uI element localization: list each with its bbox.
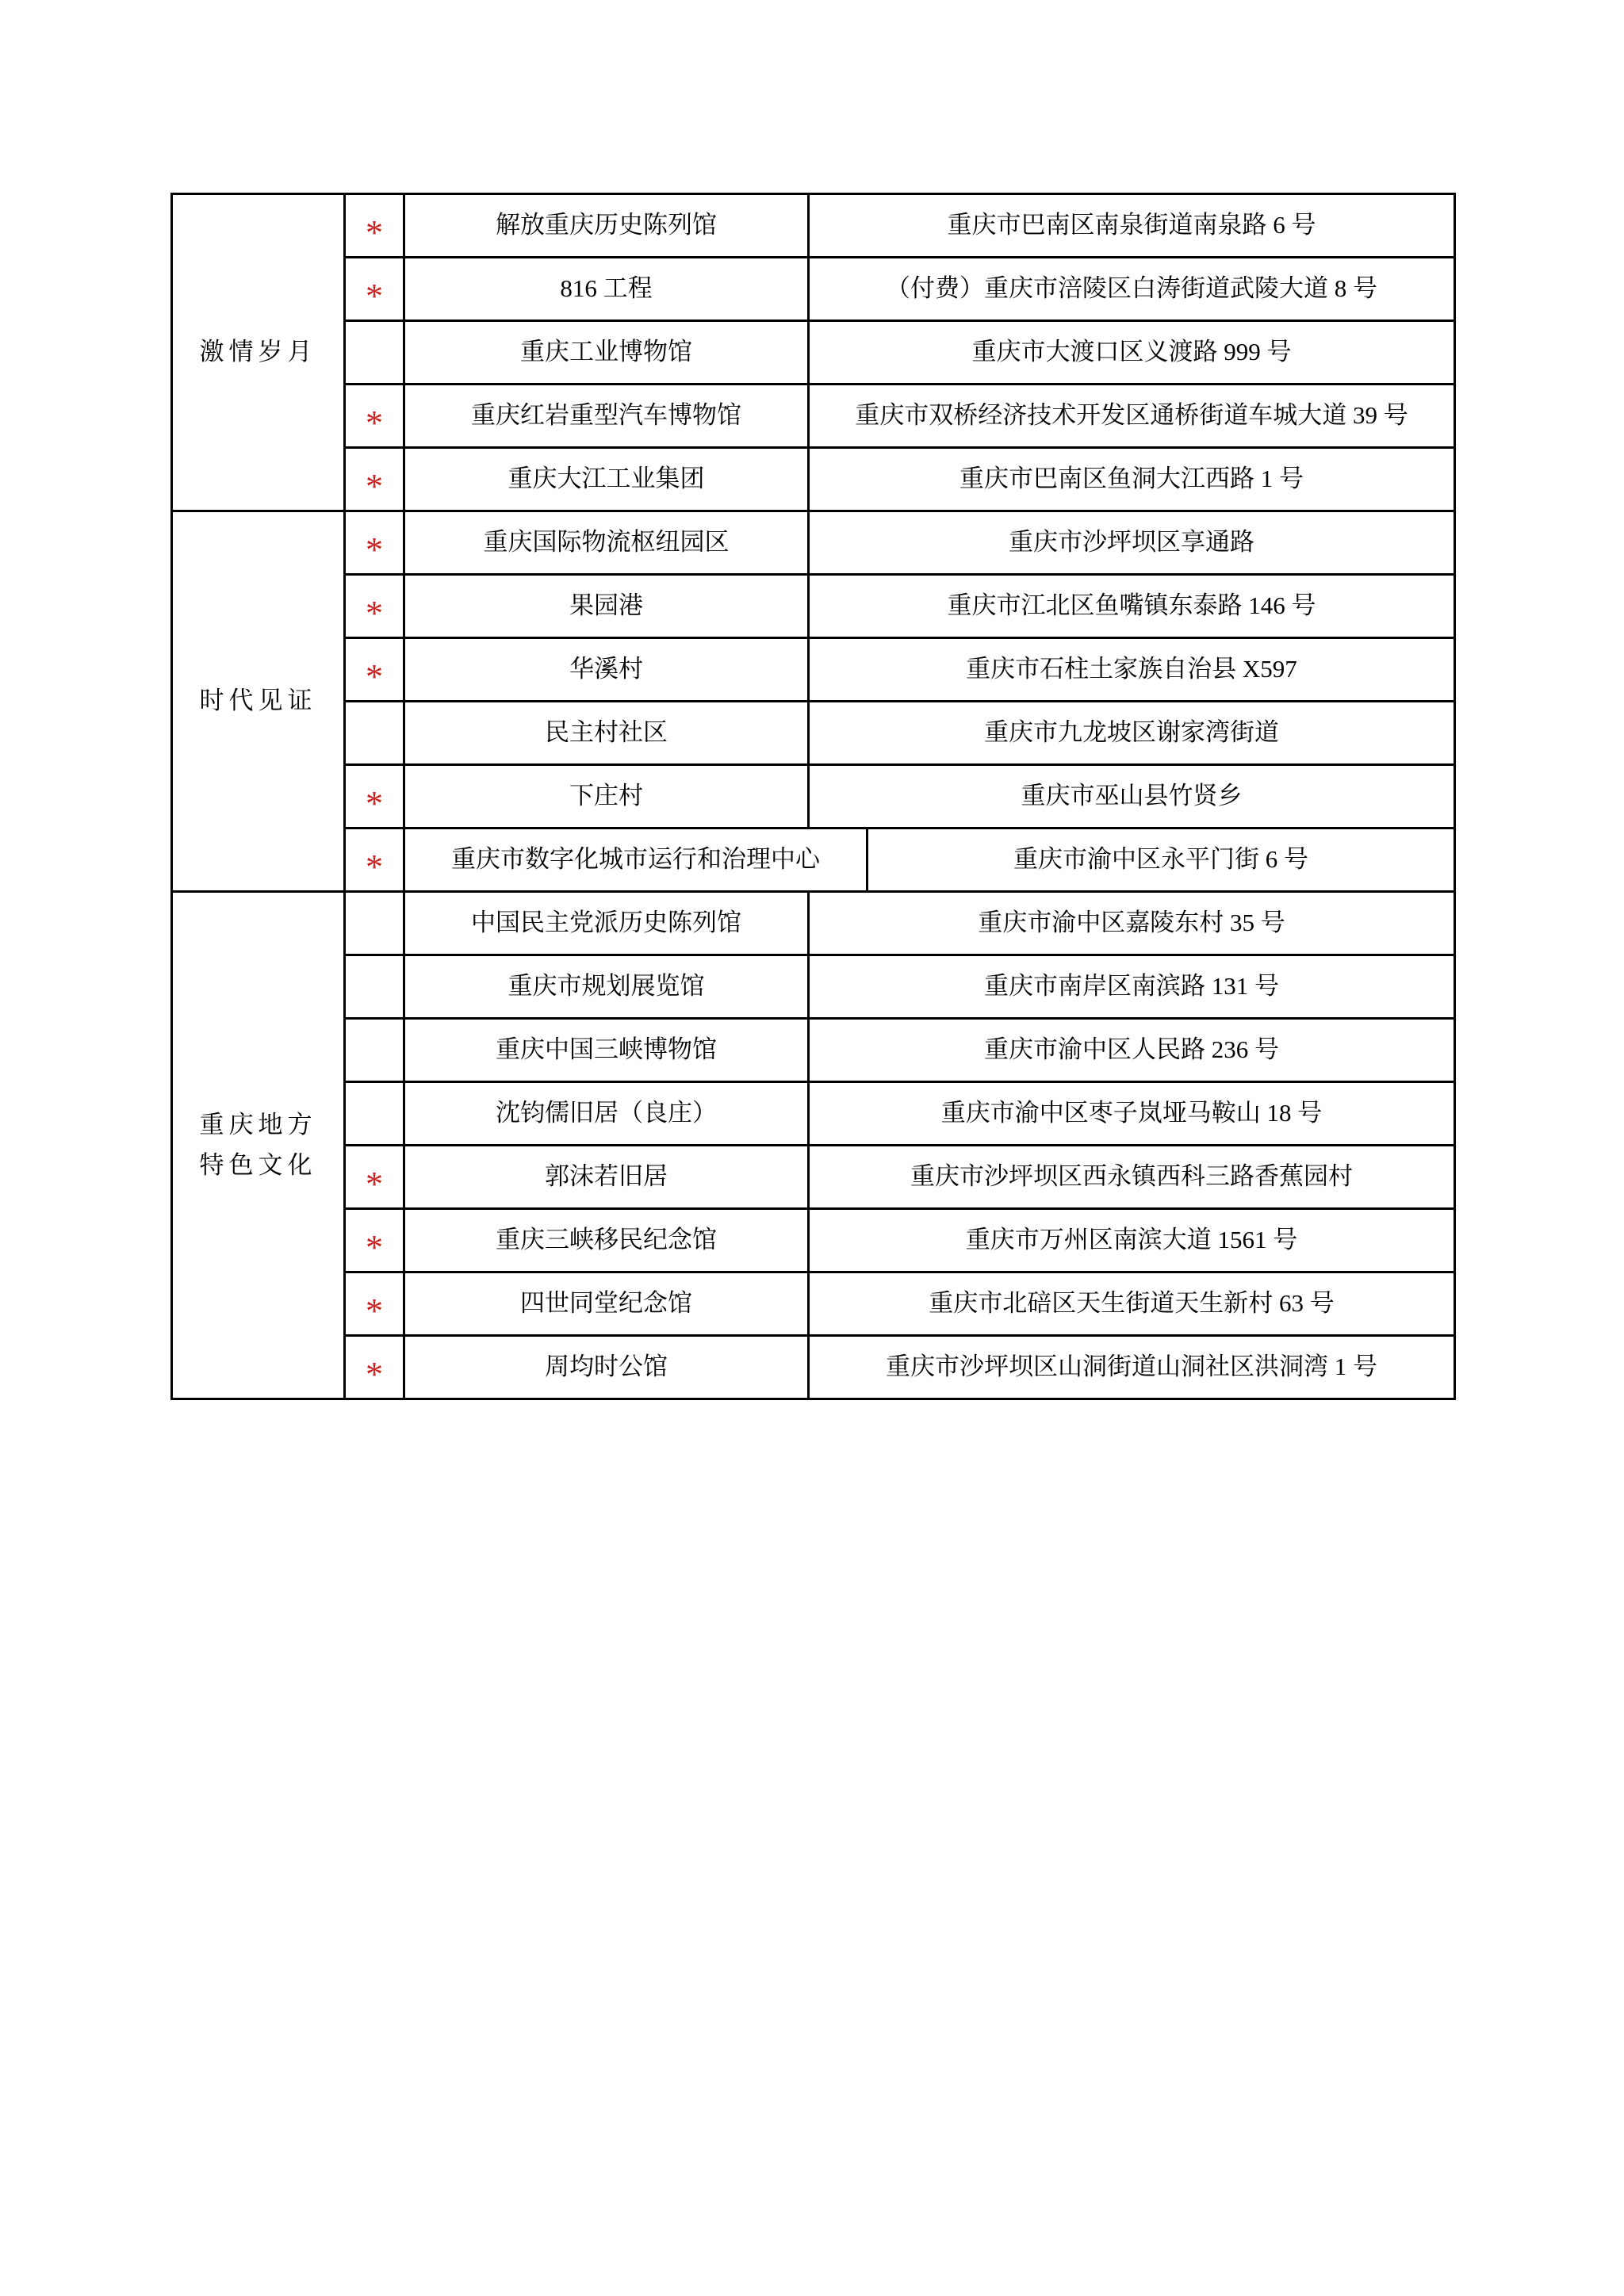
- table-row: 重庆中国三峡博物馆 重庆市渝中区人民路 236 号: [172, 1019, 1455, 1082]
- table-row: * 816 工程 （付费）重庆市涪陵区白涛街道武陵大道 8 号: [172, 258, 1455, 321]
- table-row: 重庆地方 特色文化 中国民主党派历史陈列馆 重庆市渝中区嘉陵东村 35 号: [172, 892, 1455, 955]
- site-address: 重庆市九龙坡区谢家湾街道: [809, 702, 1455, 765]
- category-cell: 重庆地方 特色文化: [172, 892, 345, 1399]
- asterisk-marker: *: [366, 533, 383, 568]
- asterisk-marker: *: [366, 406, 383, 441]
- table-row: 时代见证 * 重庆国际物流枢纽园区 重庆市沙坪坝区享通路: [172, 511, 1455, 575]
- table-row: 民主村社区 重庆市九龙坡区谢家湾街道: [172, 702, 1455, 765]
- table-row: * 果园港 重庆市江北区鱼嘴镇东泰路 146 号: [172, 575, 1455, 638]
- star-cell: *: [345, 194, 404, 258]
- site-address: 重庆市沙坪坝区享通路: [809, 511, 1455, 575]
- star-cell: *: [345, 765, 404, 828]
- star-cell: *: [345, 828, 404, 892]
- site-name: 重庆市数字化城市运行和治理中心: [404, 828, 868, 892]
- site-name: 重庆红岩重型汽车博物馆: [404, 385, 809, 448]
- star-cell: [345, 1082, 404, 1146]
- site-address: 重庆市江北区鱼嘴镇东泰路 146 号: [809, 575, 1455, 638]
- site-name: 周均时公馆: [404, 1336, 809, 1399]
- table-row: * 重庆红岩重型汽车博物馆 重庆市双桥经济技术开发区通桥街道车城大道 39 号: [172, 385, 1455, 448]
- star-cell: *: [345, 258, 404, 321]
- star-cell: *: [345, 448, 404, 511]
- site-address: 重庆市双桥经济技术开发区通桥街道车城大道 39 号: [809, 385, 1455, 448]
- star-cell: *: [345, 575, 404, 638]
- site-name: 沈钧儒旧居（良庄）: [404, 1082, 809, 1146]
- site-address: （付费）重庆市涪陵区白涛街道武陵大道 8 号: [809, 258, 1455, 321]
- site-address: 重庆市巴南区南泉街道南泉路 6 号: [809, 194, 1455, 258]
- table-row: 重庆工业博物馆 重庆市大渡口区义渡路 999 号: [172, 321, 1455, 385]
- asterisk-marker: *: [366, 596, 383, 631]
- asterisk-marker: *: [366, 850, 383, 885]
- site-name: 816 工程: [404, 258, 809, 321]
- site-name: 郭沫若旧居: [404, 1146, 809, 1209]
- table-row: 沈钧儒旧居（良庄） 重庆市渝中区枣子岚垭马鞍山 18 号: [172, 1082, 1455, 1146]
- site-name: 重庆大江工业集团: [404, 448, 809, 511]
- site-name: 民主村社区: [404, 702, 809, 765]
- star-cell: *: [345, 511, 404, 575]
- category-cell: 时代见证: [172, 511, 345, 892]
- site-name: 重庆工业博物馆: [404, 321, 809, 385]
- star-cell: [345, 321, 404, 385]
- table-row: * 重庆三峡移民纪念馆 重庆市万州区南滨大道 1561 号: [172, 1209, 1455, 1272]
- site-name: 四世同堂纪念馆: [404, 1272, 809, 1336]
- category-label: 时代见证: [178, 686, 339, 717]
- poi-table: 激情岁月 * 解放重庆历史陈列馆 重庆市巴南区南泉街道南泉路 6 号 * 816…: [170, 193, 1456, 1400]
- site-address: 重庆市渝中区嘉陵东村 35 号: [809, 892, 1455, 955]
- table-row: * 华溪村 重庆市石柱土家族自治县 X597: [172, 638, 1455, 702]
- site-address: 重庆市渝中区枣子岚垭马鞍山 18 号: [809, 1082, 1455, 1146]
- asterisk-marker: *: [366, 660, 383, 695]
- star-cell: *: [345, 1209, 404, 1272]
- category-label: 重庆地方: [178, 1110, 339, 1141]
- star-cell: *: [345, 1336, 404, 1399]
- star-cell: [345, 892, 404, 955]
- site-name: 中国民主党派历史陈列馆: [404, 892, 809, 955]
- site-address: 重庆市渝中区人民路 236 号: [809, 1019, 1455, 1082]
- table-row: * 郭沫若旧居 重庆市沙坪坝区西永镇西科三路香蕉园村: [172, 1146, 1455, 1209]
- asterisk-marker: *: [366, 1294, 383, 1329]
- document-page: 激情岁月 * 解放重庆历史陈列馆 重庆市巴南区南泉街道南泉路 6 号 * 816…: [0, 0, 1624, 2296]
- site-address: 重庆市巴南区鱼洞大江西路 1 号: [809, 448, 1455, 511]
- table-row: * 四世同堂纪念馆 重庆市北碚区天生街道天生新村 63 号: [172, 1272, 1455, 1336]
- asterisk-marker: *: [366, 216, 383, 251]
- category-cell: 激情岁月: [172, 194, 345, 511]
- site-address: 重庆市巫山县竹贤乡: [809, 765, 1455, 828]
- star-cell: *: [345, 1272, 404, 1336]
- star-cell: [345, 702, 404, 765]
- table-row: * 重庆市数字化城市运行和治理中心 重庆市渝中区永平门街 6 号: [172, 828, 1455, 892]
- site-name: 重庆三峡移民纪念馆: [404, 1209, 809, 1272]
- asterisk-marker: *: [366, 279, 383, 314]
- star-cell: *: [345, 1146, 404, 1209]
- star-cell: *: [345, 638, 404, 702]
- site-address: 重庆市沙坪坝区山洞街道山洞社区洪洞湾 1 号: [809, 1336, 1455, 1399]
- site-address: 重庆市石柱土家族自治县 X597: [809, 638, 1455, 702]
- site-address: 重庆市北碚区天生街道天生新村 63 号: [809, 1272, 1455, 1336]
- star-cell: [345, 1019, 404, 1082]
- site-name: 重庆市规划展览馆: [404, 955, 809, 1019]
- asterisk-marker: *: [366, 1357, 383, 1392]
- asterisk-marker: *: [366, 786, 383, 821]
- site-address: 重庆市大渡口区义渡路 999 号: [809, 321, 1455, 385]
- site-address: 重庆市沙坪坝区西永镇西科三路香蕉园村: [809, 1146, 1455, 1209]
- site-name: 下庄村: [404, 765, 809, 828]
- star-cell: [345, 955, 404, 1019]
- category-label: 特色文化: [178, 1150, 339, 1181]
- table-row: * 重庆大江工业集团 重庆市巴南区鱼洞大江西路 1 号: [172, 448, 1455, 511]
- site-name: 华溪村: [404, 638, 809, 702]
- table-row: 重庆市规划展览馆 重庆市南岸区南滨路 131 号: [172, 955, 1455, 1019]
- asterisk-marker: *: [366, 1167, 383, 1202]
- site-name: 果园港: [404, 575, 809, 638]
- site-address: 重庆市南岸区南滨路 131 号: [809, 955, 1455, 1019]
- site-name: 重庆国际物流枢纽园区: [404, 511, 809, 575]
- category-label: 激情岁月: [178, 337, 339, 368]
- asterisk-marker: *: [366, 1230, 383, 1265]
- site-address: 重庆市万州区南滨大道 1561 号: [809, 1209, 1455, 1272]
- star-cell: *: [345, 385, 404, 448]
- table-row: * 周均时公馆 重庆市沙坪坝区山洞街道山洞社区洪洞湾 1 号: [172, 1336, 1455, 1399]
- site-address: 重庆市渝中区永平门街 6 号: [868, 828, 1455, 892]
- site-name: 重庆中国三峡博物馆: [404, 1019, 809, 1082]
- asterisk-marker: *: [366, 469, 383, 504]
- site-name: 解放重庆历史陈列馆: [404, 194, 809, 258]
- table-row: 激情岁月 * 解放重庆历史陈列馆 重庆市巴南区南泉街道南泉路 6 号: [172, 194, 1455, 258]
- table-row: * 下庄村 重庆市巫山县竹贤乡: [172, 765, 1455, 828]
